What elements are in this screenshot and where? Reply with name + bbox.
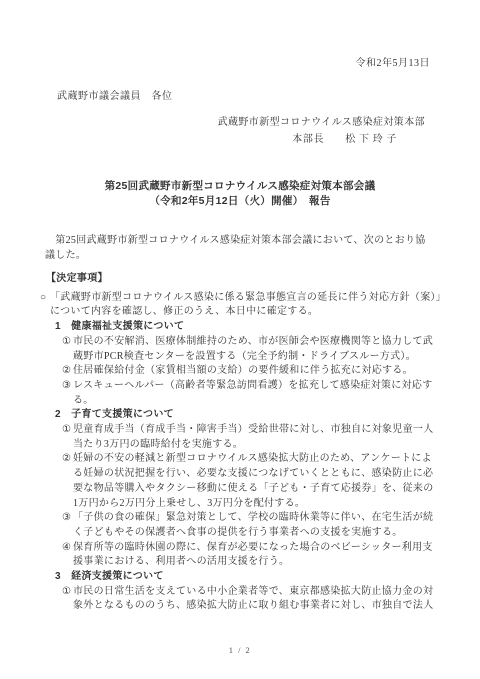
- item-line: 保育所等の臨時休園の際に、保育が必要になった場合のベビーシッター利用支: [73, 541, 446, 556]
- item-line: 象外となるもののうち、感染拡大防止に取り組む事業者に対し、市独自で法人: [73, 599, 446, 614]
- item-line: 1万円から2万円分上乗せし、3万円分を配付する。: [73, 497, 446, 512]
- proposal-line: について内容を確認し、修正のうえ、本日中に確定する。: [50, 305, 446, 320]
- intro-paragraph: 第25回武蔵野市新型コロナウイルス感染症対策本部会議において、次のとおり協 議し…: [45, 234, 426, 263]
- document-page: 令和2年5月13日 武蔵野市議会議員 各位 武蔵野市新型コロナウイルス感染症対策…: [0, 0, 480, 679]
- item-line: 当たり3万円の臨時給付を実施する。: [73, 438, 446, 453]
- item-line: レスキューヘルパー（高齢者等緊急訪問看護）を拡充して感染症対策に対応す: [73, 379, 446, 394]
- sender-chief: 本部長 松 下 玲 子: [292, 130, 397, 145]
- item-number-marker: ①: [62, 423, 71, 438]
- item-line: る妊婦の状況把握を行い、必要な支援につなげていくとともに、感染防止に必: [73, 467, 446, 482]
- sender-org: 武蔵野市新型コロナウイルス感染症対策本部: [218, 113, 425, 128]
- section-economic: 3 経済支援策について ① 市民の日常生活を支えている中小企業者等で、東京都感染…: [40, 570, 446, 614]
- proposal-line: 「武蔵野市新型コロナウイルス感染に係る緊急事態宣言の延長に伴う対応方針（案）」: [50, 291, 446, 306]
- section-heading: 1 健康福祉支援策について: [55, 320, 446, 335]
- item-number-marker: ①: [62, 335, 71, 350]
- item-line: 援事業における、利用者への活用支援を行う。: [73, 555, 446, 570]
- doc-title: 第25回武蔵野市新型コロナウイルス感染症対策本部会議: [0, 178, 480, 193]
- item-line: 市民の不安解消、医療体制維持のため、市が医師会や医療機関等と協力して武: [73, 335, 446, 350]
- item-line: 児童育成手当（育成手当・障害手当）受給世帯に対し、市独自に対象児童一人: [73, 423, 446, 438]
- doc-subtitle: （令和2年5月12日（火）開催） 報告: [0, 193, 480, 208]
- item-line: 「子供の食の確保」緊急対策として、学校の臨時休業等に伴い、在宅生活が続: [73, 511, 446, 526]
- item-number-marker: ④: [62, 541, 71, 556]
- page-number: 1 / 2: [0, 645, 480, 655]
- item-line: く子どもやその保護者へ食事の提供を行う事業者への支援を実施する。: [73, 526, 446, 541]
- intro-line: 第25回武蔵野市新型コロナウイルス感染症対策本部会議において、次のとおり協: [45, 234, 426, 249]
- item-number-marker: ③: [62, 511, 71, 526]
- recipient-line: 武蔵野市議会議員 各位: [57, 87, 173, 102]
- item-line: 要な物品等購入やタクシー移動に使える「子ども・子育て応援券」を、従来の: [73, 482, 446, 497]
- item-number-marker: ③: [62, 379, 71, 394]
- numbered-item: ③ レスキューヘルパー（高齢者等緊急訪問看護）を拡充して感染症対策に対応す る。: [40, 379, 446, 408]
- numbered-item: ① 児童育成手当（育成手当・障害手当）受給世帯に対し、市独自に対象児童一人 当た…: [40, 423, 446, 452]
- document-body: 【決定事項】 ○ 「武蔵野市新型コロナウイルス感染に係る緊急事態宣言の延長に伴う…: [40, 272, 446, 614]
- item-line: る。: [73, 394, 446, 409]
- item-line: 住居確保給付金（家賃相当額の支給）の要件緩和に伴う拡充に対応する。: [73, 364, 446, 379]
- item-line: 市民の日常生活を支えている中小企業者等で、東京都感染拡大防止協力金の対: [73, 585, 446, 600]
- decisions-heading: 【決定事項】: [46, 272, 446, 287]
- intro-line: 議した。: [45, 249, 426, 264]
- circle-bullet-marker: ○: [40, 291, 46, 306]
- item-line: 妊婦の不安の軽減と新型コロナウイルス感染拡大防止のため、アンケートによ: [73, 452, 446, 467]
- section-childcare: 2 子育て支援策について ① 児童育成手当（育成手当・障害手当）受給世帯に対し、…: [40, 408, 446, 570]
- item-number-marker: ②: [62, 364, 71, 379]
- numbered-item: ② 妊婦の不安の軽減と新型コロナウイルス感染拡大防止のため、アンケートによ る妊…: [40, 452, 446, 511]
- item-number-marker: ①: [62, 585, 71, 600]
- numbered-item: ④ 保育所等の臨時休園の際に、保育が必要になった場合のベビーシッター利用支 援事…: [40, 541, 446, 570]
- proposal-item: ○ 「武蔵野市新型コロナウイルス感染に係る緊急事態宣言の延長に伴う対応方針（案）…: [40, 291, 446, 320]
- numbered-item: ② 住居確保給付金（家賃相当額の支給）の要件緩和に伴う拡充に対応する。: [40, 364, 446, 379]
- item-number-marker: ②: [62, 452, 71, 467]
- numbered-item: ① 市民の不安解消、医療体制維持のため、市が医師会や医療機関等と協力して武 蔵野…: [40, 335, 446, 364]
- numbered-item: ③ 「子供の食の確保」緊急対策として、学校の臨時休業等に伴い、在宅生活が続 く子…: [40, 511, 446, 540]
- numbered-item: ① 市民の日常生活を支えている中小企業者等で、東京都感染拡大防止協力金の対 象外…: [40, 585, 446, 614]
- section-heading: 3 経済支援策について: [55, 570, 446, 585]
- date-line: 令和2年5月13日: [356, 54, 431, 69]
- section-heading: 2 子育て支援策について: [55, 408, 446, 423]
- section-health-welfare: 1 健康福祉支援策について ① 市民の不安解消、医療体制維持のため、市が医師会や…: [40, 320, 446, 408]
- item-line: 蔵野市PCR検査センターを設置する（完全予約制・ドライブスルー方式）。: [73, 350, 446, 365]
